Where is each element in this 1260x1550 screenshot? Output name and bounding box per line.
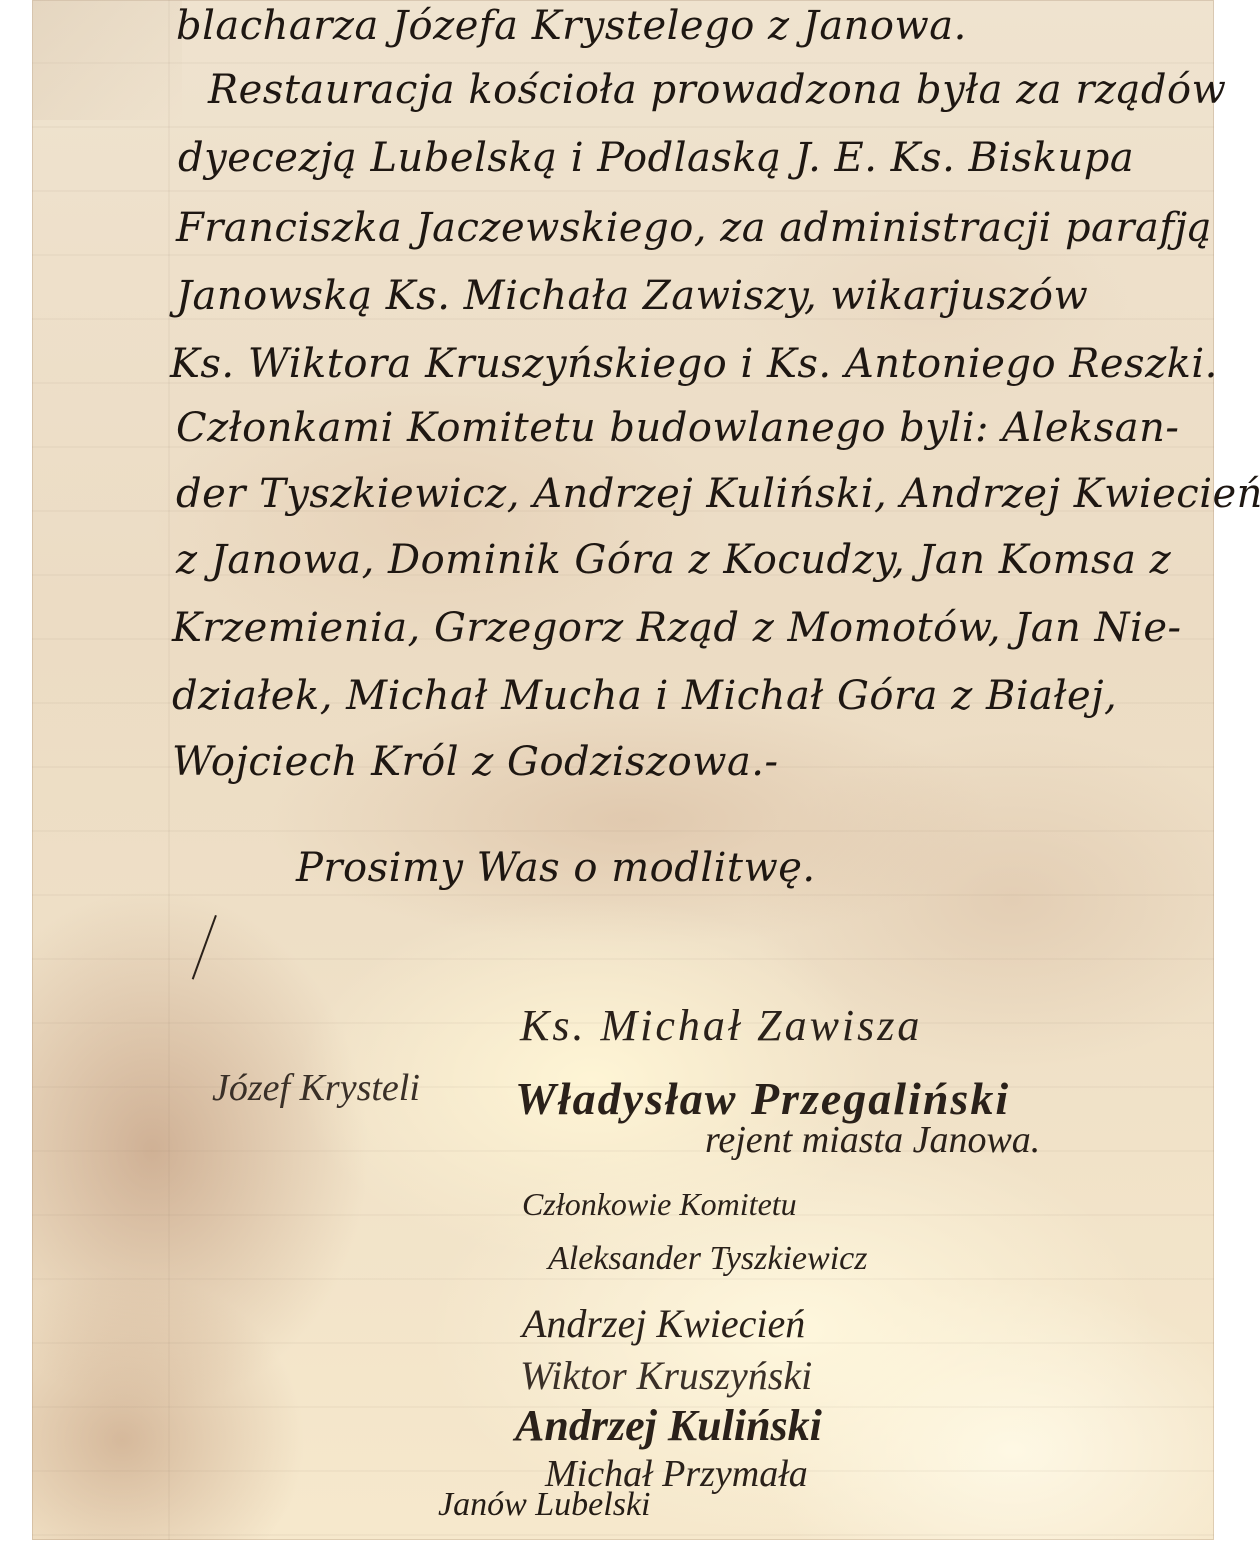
body-line-4: Franciszka Jaczewskiego, za administracj… (176, 208, 1212, 248)
signature-notary-title: rejent miasta Janowa. (705, 1118, 1040, 1162)
body-line-5: Janowską Ks. Michała Zawiszy, wikarjuszó… (176, 276, 1088, 316)
signature-priest: Ks. Michał Zawisza (520, 1000, 922, 1051)
body-line-1: blacharza Józefa Krystelego z Janowa. (176, 6, 967, 46)
body-line-7: Członkami Komitetu budowlanego byli: Ale… (176, 408, 1179, 448)
body-line-2: Restauracja kościoła prowadzona była za … (208, 70, 1226, 110)
body-line-3: dyecezją Lubelską i Podlaską J. E. Ks. B… (178, 138, 1134, 178)
body-line-8: der Tyszkiewicz, Andrzej Kuliński, Andrz… (176, 474, 1260, 514)
committee-member-3: Wiktor Kruszyński (520, 1352, 812, 1399)
body-line-10: Krzemienia, Grzegorz Rząd z Momotów, Jan… (172, 608, 1182, 648)
committee-member-4: Andrzej Kuliński (515, 1400, 822, 1451)
body-line-6: Ks. Wiktora Kruszyńskiego i Ks. Antonieg… (170, 344, 1218, 384)
closing-line: Prosimy Was o modlitwę. (296, 848, 816, 888)
paper-fold-shadow (32, 0, 182, 120)
body-line-9: z Janowa, Dominik Góra z Kocudzy, Jan Ko… (176, 540, 1171, 580)
signature-tinsmith: Józef Krysteli (212, 1066, 420, 1110)
committee-member-1: Aleksander Tyszkiewicz (548, 1240, 867, 1278)
place-name: Janów Lubelski (438, 1486, 650, 1524)
committee-member-2: Andrzej Kwiecień (522, 1300, 805, 1347)
committee-heading: Członkowie Komitetu (522, 1186, 797, 1223)
body-line-12: Wojciech Król z Godziszowa.- (172, 742, 779, 782)
body-line-11: działek, Michał Mucha i Michał Góra z Bi… (172, 676, 1117, 716)
